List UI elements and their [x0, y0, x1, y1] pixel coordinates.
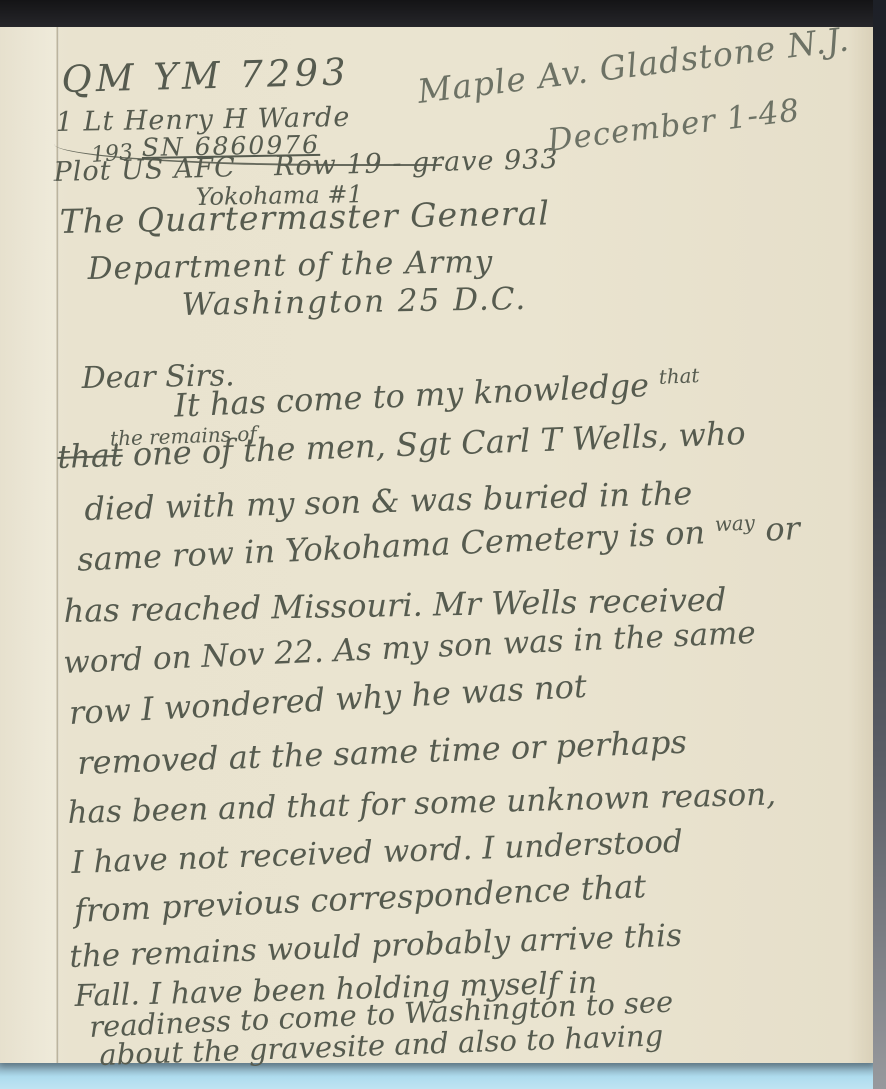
scan-right-edge — [873, 0, 886, 1089]
inserted-word: way — [714, 511, 755, 536]
scanned-letter: QM YM 7293 1 Lt Henry H Warde SN 6860976… — [0, 0, 886, 1089]
recipient-line-1: The Quartermaster General — [59, 195, 550, 240]
letter-page: QM YM 7293 1 Lt Henry H Warde SN 6860976… — [0, 26, 874, 1063]
letter-line: from previous correspondence that — [73, 869, 646, 929]
letter-line-text: It has come to my knowledge — [173, 366, 649, 425]
letter-line: removed at the same time or perhaps — [77, 725, 688, 781]
scan-top-edge — [0, 0, 886, 27]
file-number: QM YM 7293 — [61, 52, 350, 100]
letter-date: December 1-48 — [546, 93, 802, 158]
letter-line: row I wondered why he was not — [68, 669, 587, 731]
inserted-word: that — [658, 364, 699, 389]
struck-word: that — [57, 436, 124, 476]
letter-line: It has come to my knowledge that — [173, 365, 700, 424]
letter-line-text: or — [764, 509, 800, 548]
recipient-line-2: Department of the Army — [87, 245, 493, 286]
row-grave-label: Row 19 - grave 933 — [274, 144, 559, 182]
recipient-line-3: Washington 25 D.C. — [181, 282, 527, 322]
letter-line: has been and that for some unknown reaso… — [67, 777, 776, 830]
